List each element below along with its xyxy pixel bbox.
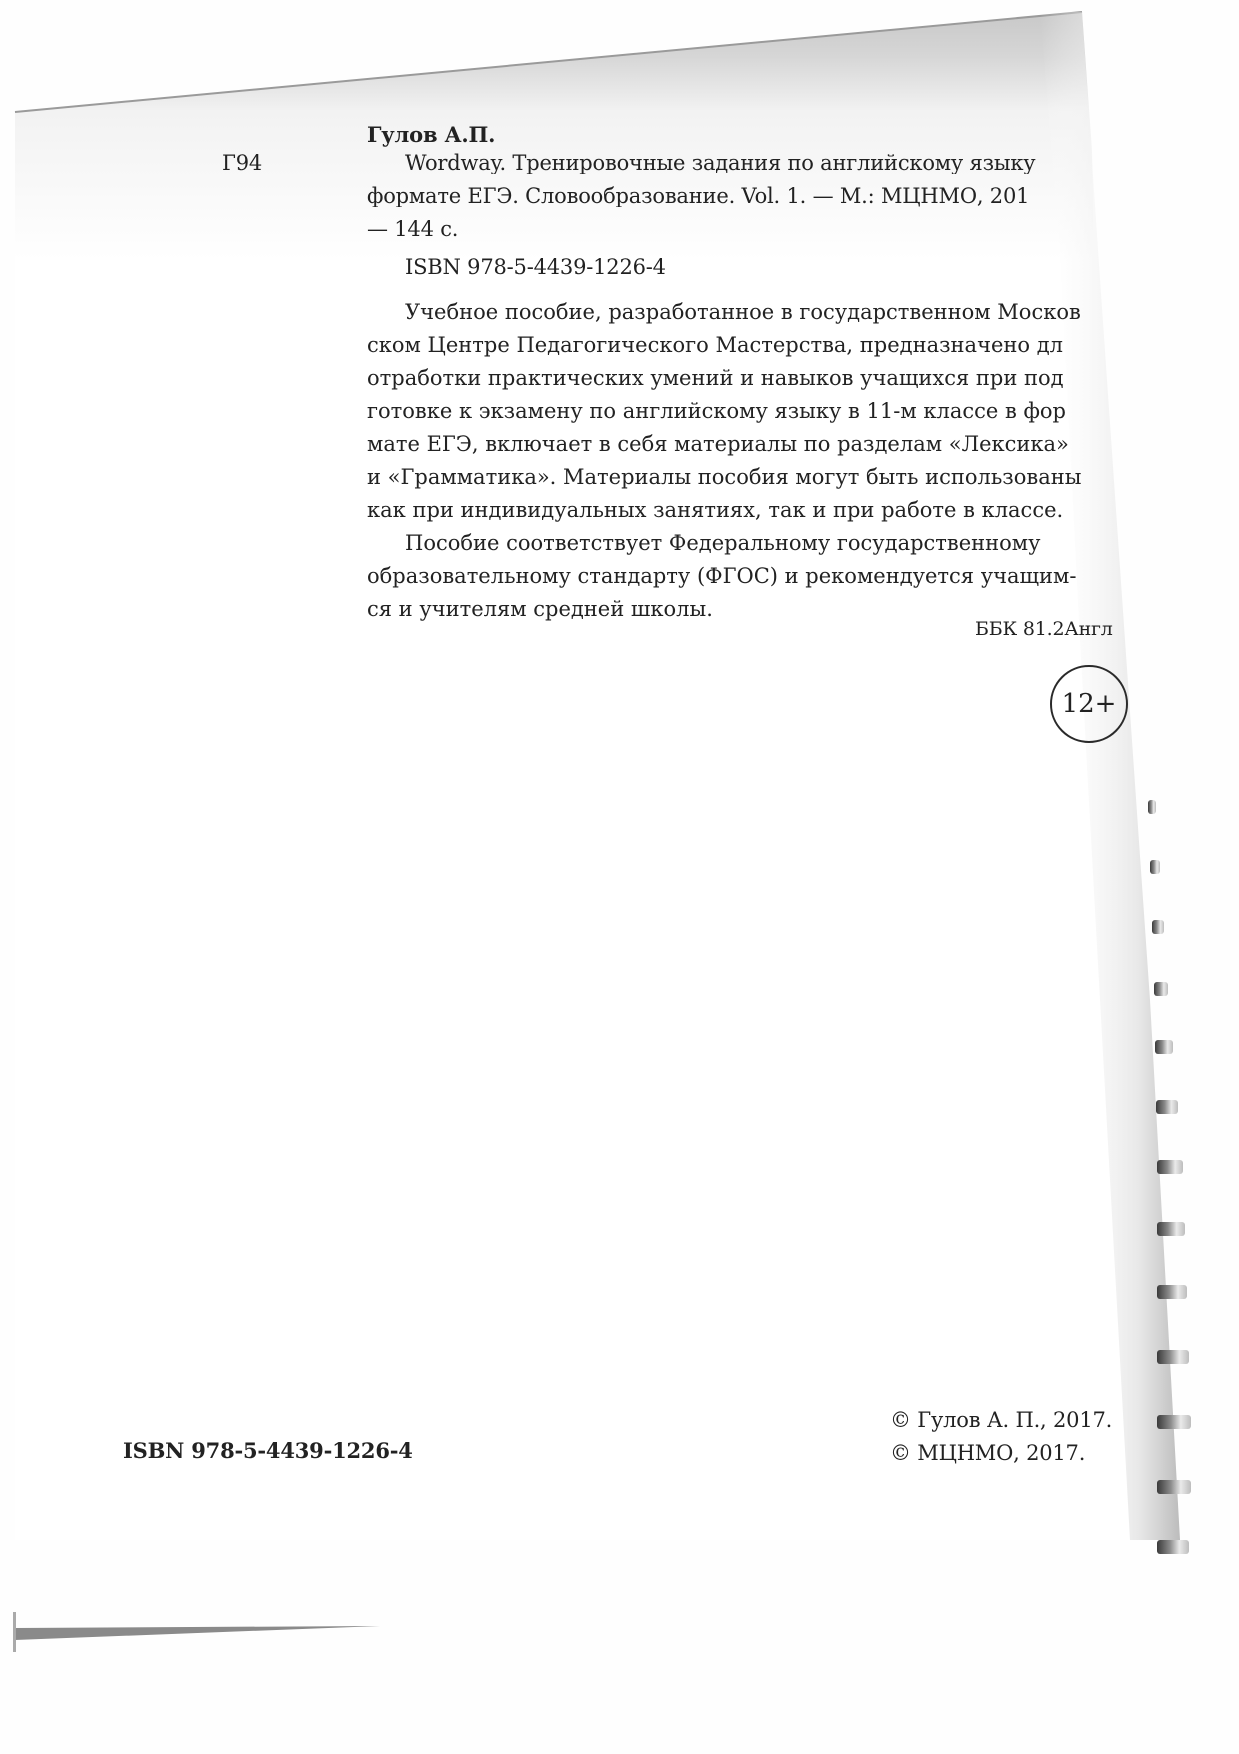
binding-ring [1157, 1222, 1185, 1236]
annotation-line: ся и учителям средней школы. [367, 597, 713, 621]
annotation-line: ском Центре Педагогического Мастерства, … [367, 333, 1112, 357]
binding-ring [1148, 800, 1156, 814]
annotation-line: и «Грамматика». Материалы пособия могут … [367, 465, 1122, 489]
isbn-top: ISBN 978-5-4439-1226-4 [405, 257, 666, 278]
binding-ring [1157, 1160, 1183, 1174]
author-heading: Гулов А.П. [367, 124, 495, 145]
bibliographic-line-2: формате ЕГЭ. Словообразование. Vol. 1. —… [367, 186, 1102, 207]
binding-ring [1157, 1415, 1191, 1429]
copyright-publisher: © МЦНМО, 2017. [890, 1443, 1085, 1464]
binding-ring [1154, 982, 1168, 996]
bibliographic-line-1: Wordway. Тренировочные задания по англий… [405, 153, 1100, 174]
binding-ring [1157, 1285, 1187, 1299]
copyright-author: © Гулов А. П., 2017. [890, 1410, 1112, 1431]
annotation-line: мате ЕГЭ, включает в себя материалы по р… [367, 432, 1120, 456]
author-mark: Г94 [222, 153, 262, 174]
annotation-line: готовке к экзамену по английскому языку … [367, 399, 1117, 423]
isbn-bottom: ISBN 978-5-4439-1226-4 [123, 1440, 413, 1461]
binding-ring [1157, 1480, 1191, 1494]
binding-ring [1155, 1040, 1173, 1054]
binding-ring [1157, 1540, 1189, 1554]
annotation-line: как при индивидуальных занятиях, так и п… [367, 498, 1127, 522]
binding-ring [1150, 860, 1160, 874]
binding-ring [1156, 1100, 1178, 1114]
annotation-line: образовательному стандарту (ФГОС) и реко… [367, 564, 1129, 588]
annotation-line: отработки практических умений и навыков … [367, 366, 1115, 390]
binding-ring [1152, 920, 1164, 934]
age-rating-badge: 12+ [1050, 665, 1128, 743]
annotation-line: Пособие соответствует Федеральному госуд… [405, 531, 1127, 555]
binding-ring [1157, 1350, 1189, 1364]
bbk-code: ББК 81.2Англ [975, 620, 1113, 639]
annotation-line: Учебное пособие, разработанное в государ… [405, 300, 1110, 324]
bibliographic-line-3: — 144 с. [367, 219, 458, 240]
